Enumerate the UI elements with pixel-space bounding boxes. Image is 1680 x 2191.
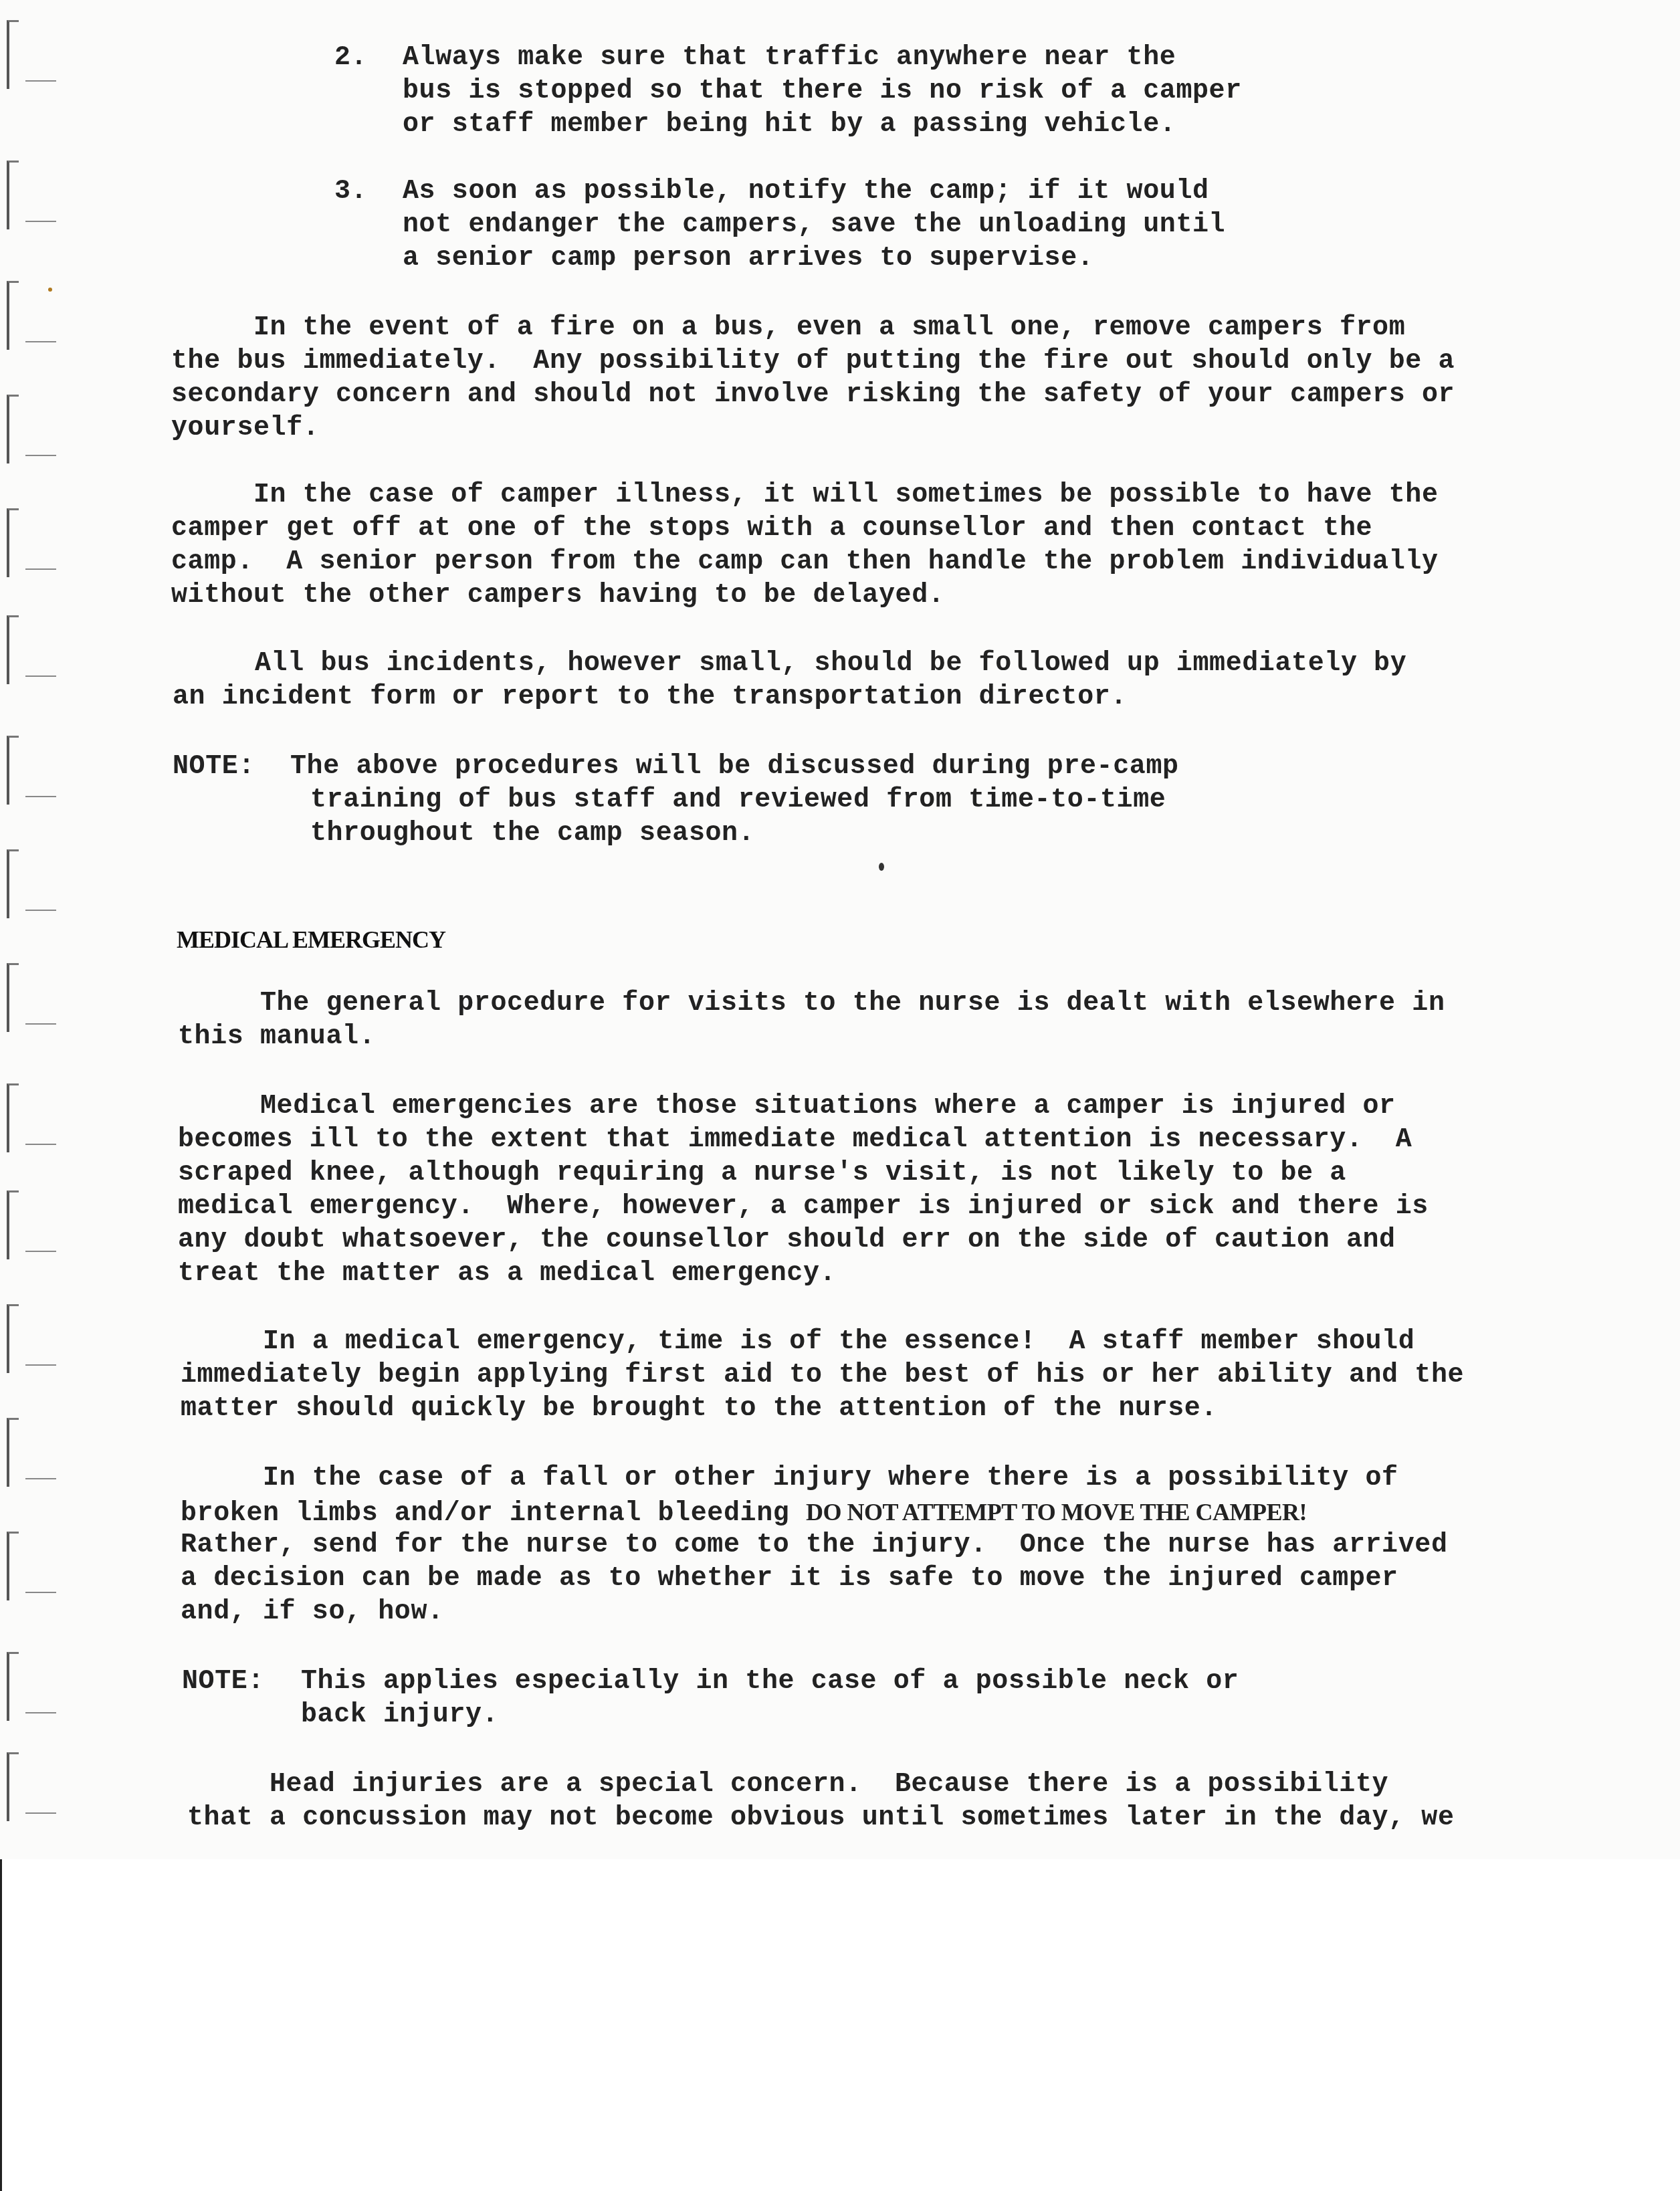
note-line: throughout the camp season. [310, 817, 754, 851]
binder-hole-mark [7, 615, 54, 709]
paragraph-line: Head injuries are a special concern. Bec… [187, 1768, 1388, 1802]
note-line: training of bus staff and reviewed from … [310, 784, 1166, 817]
paragraph-line: In the event of a fire on a bus, even a … [171, 312, 1405, 345]
binder-hole-mark [7, 736, 54, 829]
paragraph-line: Rather, send for the nurse to come to th… [181, 1529, 1448, 1562]
list-item-line: or staff member being hit by a passing v… [403, 108, 1176, 142]
note-label: NOTE: [182, 1665, 264, 1699]
list-item-line: As soon as possible, notify the camp; if… [403, 175, 1209, 209]
binder-hole-mark [7, 1418, 54, 1511]
paragraph-line: immediately begin applying first aid to … [181, 1359, 1464, 1392]
paragraph-line: In the case of camper illness, it will s… [171, 479, 1439, 512]
section-heading: MEDICAL EMERGENCY [177, 926, 445, 954]
paragraph-line: matter should quickly be brought to the … [181, 1392, 1217, 1426]
paragraph-line: camp. A senior person from the camp can … [171, 546, 1439, 579]
warning-emphasis: DO NOT ATTEMPT TO MOVE THE CAMPER! [806, 1499, 1307, 1526]
note-label: NOTE: [173, 750, 255, 784]
paragraph-line: that a concussion may not become obvious… [187, 1802, 1455, 1835]
paragraph-line: without the other campers having to be d… [171, 579, 944, 613]
binder-hole-mark [7, 1532, 54, 1625]
paragraph-line: an incident form or report to the transp… [173, 681, 1127, 714]
binder-hole-mark [7, 963, 54, 1057]
paragraph-line: a decision can be made as to whether it … [181, 1562, 1398, 1596]
paragraph-line: secondary concern and should not involve… [171, 379, 1455, 412]
list-item-line: Always make sure that traffic anywhere n… [403, 41, 1176, 75]
scan-speck [879, 863, 884, 871]
paragraph-line: In a medical emergency, time is of the e… [181, 1326, 1414, 1359]
paragraph-line: the bus immediately. Any possibility of … [171, 345, 1455, 379]
paragraph-line: broken limbs and/or internal bleeding DO… [181, 1495, 1307, 1531]
paragraph-line: scraped knee, although requiring a nurse… [178, 1157, 1346, 1190]
binder-hole-mark [7, 849, 54, 943]
note-line: This applies especially in the case of a… [301, 1665, 1239, 1699]
note-line: The above procedures will be discussed d… [290, 750, 1179, 784]
list-item-line: not endanger the campers, save the unloa… [403, 209, 1225, 242]
list-item-line: bus is stopped so that there is no risk … [403, 75, 1242, 108]
paragraph-line: The general procedure for visits to the … [178, 987, 1445, 1021]
paragraph-line: any doubt whatsoever, the counsellor sho… [178, 1224, 1396, 1257]
binder-hole-mark [7, 1652, 54, 1746]
list-item-number: 3. [334, 175, 367, 209]
paragraph-line: becomes ill to the extent that immediate… [178, 1124, 1412, 1157]
page-edge-shadow [0, 1859, 2, 2191]
scan-speck [48, 288, 52, 292]
binder-hole-mark [7, 20, 54, 114]
binder-hole-mark [7, 1083, 54, 1177]
binder-hole-mark [7, 161, 54, 254]
list-item-line: a senior camp person arrives to supervis… [403, 242, 1093, 276]
paragraph-line: and, if so, how. [181, 1596, 444, 1629]
note-line: back injury. [301, 1699, 498, 1732]
binder-hole-mark [7, 1752, 54, 1846]
paragraph-text: broken limbs and/or internal bleeding [181, 1499, 806, 1529]
binder-hole-mark [7, 1190, 54, 1284]
binder-hole-mark [7, 395, 54, 488]
binder-hole-mark [7, 508, 54, 602]
paragraph-line: medical emergency. Where, however, a cam… [178, 1190, 1429, 1224]
paragraph-line: treat the matter as a medical emergency. [178, 1257, 836, 1291]
paragraph-line: In the case of a fall or other injury wh… [181, 1462, 1398, 1495]
binder-hole-mark [7, 281, 54, 375]
binder-hole-mark [7, 1304, 54, 1398]
paragraph-line: All bus incidents, however small, should… [173, 647, 1406, 681]
paragraph-line: this manual. [178, 1021, 375, 1054]
paragraph-line: camper get off at one of the stops with … [171, 512, 1372, 546]
paragraph-line: Medical emergencies are those situations… [178, 1090, 1396, 1124]
list-item-number: 2. [334, 41, 367, 75]
paragraph-line: yourself. [171, 412, 319, 445]
